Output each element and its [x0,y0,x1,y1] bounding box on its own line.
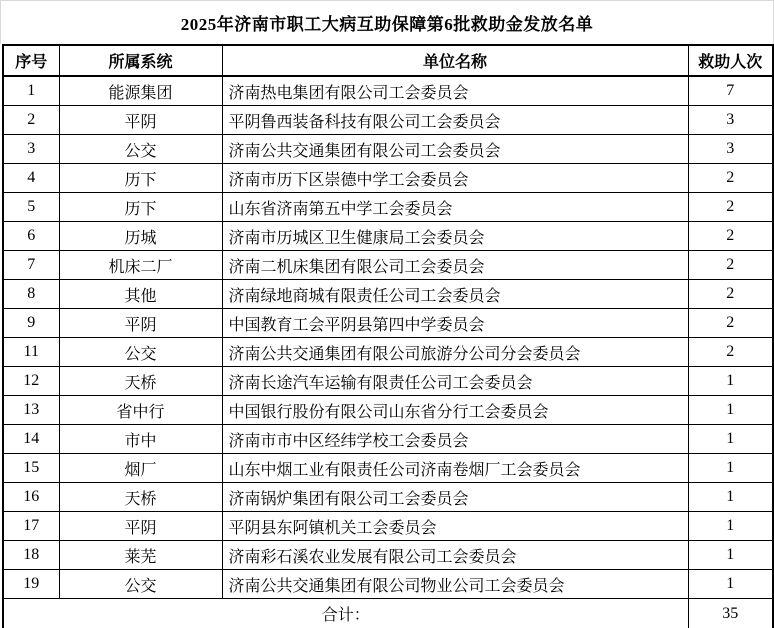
table-row: 11 公交 济南公共交通集团有限公司旅游分公司分会委员会 2 [3,338,773,367]
cell-count: 2 [688,164,773,193]
cell-count: 1 [688,425,773,454]
cell-seq: 13 [3,396,59,425]
cell-seq: 19 [3,570,59,599]
table-row: 6 历城 济南市历城区卫生健康局工会委员会 2 [3,222,773,251]
document-title: 2025年济南市职工大病互助保障第6批救助金发放名单 [0,0,774,44]
cell-count: 2 [688,222,773,251]
cell-seq: 2 [3,106,59,135]
cell-seq: 15 [3,454,59,483]
document: 2025年济南市职工大病互助保障第6批救助金发放名单 序号 所属系统 单位名称 … [0,0,774,628]
cell-unit: 济南市历城区卫生健康局工会委员会 [222,222,688,251]
cell-count: 1 [688,367,773,396]
cell-seq: 9 [3,309,59,338]
cell-system: 市中 [59,425,222,454]
cell-unit: 济南热电集团有限公司工会委员会 [222,76,688,106]
relief-fund-table: 序号 所属系统 单位名称 救助人次 1 能源集团 济南热电集团有限公司工会委员会… [2,44,774,628]
cell-system: 平阴 [59,309,222,338]
cell-unit: 中国教育工会平阴县第四中学委员会 [222,309,688,338]
cell-seq: 11 [3,338,59,367]
cell-system: 省中行 [59,396,222,425]
table-row: 2 平阴 平阴鲁西装备科技有限公司工会委员会 3 [3,106,773,135]
cell-seq: 8 [3,280,59,309]
table-row: 14 市中 济南市市中区经纬学校工会委员会 1 [3,425,773,454]
table-row: 8 其他 济南绿地商城有限责任公司工会委员会 2 [3,280,773,309]
table-row: 7 机床二厂 济南二机床集团有限公司工会委员会 2 [3,251,773,280]
cell-seq: 14 [3,425,59,454]
cell-unit: 济南公共交通集团有限公司工会委员会 [222,135,688,164]
cell-count: 2 [688,251,773,280]
cell-count: 1 [688,570,773,599]
table-row: 13 省中行 中国银行股份有限公司山东省分行工会委员会 1 [3,396,773,425]
cell-unit: 山东省济南第五中学工会委员会 [222,193,688,222]
table-row: 19 公交 济南公共交通集团有限公司物业公司工会委员会 1 [3,570,773,599]
cell-unit: 济南公共交通集团有限公司旅游分公司分会委员会 [222,338,688,367]
cell-seq: 5 [3,193,59,222]
cell-count: 1 [688,512,773,541]
cell-count: 2 [688,309,773,338]
cell-system: 公交 [59,135,222,164]
table-row: 4 历下 济南市历下区崇德中学工会委员会 2 [3,164,773,193]
cell-unit: 济南彩石溪农业发展有限公司工会委员会 [222,541,688,570]
cell-unit: 济南公共交通集团有限公司物业公司工会委员会 [222,570,688,599]
cell-unit: 济南锅炉集团有限公司工会委员会 [222,483,688,512]
page: { "title": "2025年济南市职工大病互助保障第6批救助金发放名单",… [0,0,774,628]
cell-seq: 16 [3,483,59,512]
cell-count: 2 [688,193,773,222]
cell-count: 7 [688,76,773,106]
cell-system: 天桥 [59,483,222,512]
cell-count: 1 [688,454,773,483]
cell-system: 公交 [59,338,222,367]
table-row: 18 莱芜 济南彩石溪农业发展有限公司工会委员会 1 [3,541,773,570]
table-row: 16 天桥 济南锅炉集团有限公司工会委员会 1 [3,483,773,512]
cell-seq: 3 [3,135,59,164]
cell-unit: 济南市市中区经纬学校工会委员会 [222,425,688,454]
cell-seq: 6 [3,222,59,251]
cell-count: 3 [688,106,773,135]
cell-count: 1 [688,541,773,570]
cell-count: 2 [688,338,773,367]
cell-unit: 中国银行股份有限公司山东省分行工会委员会 [222,396,688,425]
column-header-seq: 序号 [3,45,59,76]
cell-system: 天桥 [59,367,222,396]
cell-unit: 济南长途汽车运输有限责任公司工会委员会 [222,367,688,396]
table-row: 5 历下 山东省济南第五中学工会委员会 2 [3,193,773,222]
table-row: 1 能源集团 济南热电集团有限公司工会委员会 7 [3,76,773,106]
table-row: 17 平阴 平阴县东阿镇机关工会委员会 1 [3,512,773,541]
cell-seq: 4 [3,164,59,193]
table-body: 1 能源集团 济南热电集团有限公司工会委员会 7 2 平阴 平阴鲁西装备科技有限… [3,76,773,599]
total-value: 35 [688,599,773,628]
column-header-system: 所属系统 [59,45,222,76]
cell-system: 历城 [59,222,222,251]
table-row: 3 公交 济南公共交通集团有限公司工会委员会 3 [3,135,773,164]
cell-seq: 17 [3,512,59,541]
cell-seq: 7 [3,251,59,280]
header-row: 序号 所属系统 单位名称 救助人次 [3,45,773,76]
cell-system: 公交 [59,570,222,599]
cell-seq: 1 [3,76,59,106]
cell-system: 机床二厂 [59,251,222,280]
cell-count: 1 [688,483,773,512]
cell-system: 其他 [59,280,222,309]
cell-system: 平阴 [59,512,222,541]
cell-seq: 12 [3,367,59,396]
table-row: 15 烟厂 山东中烟工业有限责任公司济南卷烟厂工会委员会 1 [3,454,773,483]
cell-count: 1 [688,396,773,425]
cell-count: 2 [688,280,773,309]
cell-unit: 山东中烟工业有限责任公司济南卷烟厂工会委员会 [222,454,688,483]
cell-unit: 济南二机床集团有限公司工会委员会 [222,251,688,280]
column-header-unit: 单位名称 [222,45,688,76]
cell-unit: 平阴县东阿镇机关工会委员会 [222,512,688,541]
cell-count: 3 [688,135,773,164]
cell-system: 平阴 [59,106,222,135]
cell-system: 历下 [59,193,222,222]
cell-system: 历下 [59,164,222,193]
total-label: 合计： [3,599,688,628]
table-row: 12 天桥 济南长途汽车运输有限责任公司工会委员会 1 [3,367,773,396]
cell-system: 能源集团 [59,76,222,106]
cell-system: 烟厂 [59,454,222,483]
cell-unit: 济南绿地商城有限责任公司工会委员会 [222,280,688,309]
column-header-count: 救助人次 [688,45,773,76]
cell-system: 莱芜 [59,541,222,570]
cell-unit: 平阴鲁西装备科技有限公司工会委员会 [222,106,688,135]
cell-unit: 济南市历下区崇德中学工会委员会 [222,164,688,193]
table-row: 9 平阴 中国教育工会平阴县第四中学委员会 2 [3,309,773,338]
cell-seq: 18 [3,541,59,570]
total-row: 合计： 35 [3,599,773,628]
